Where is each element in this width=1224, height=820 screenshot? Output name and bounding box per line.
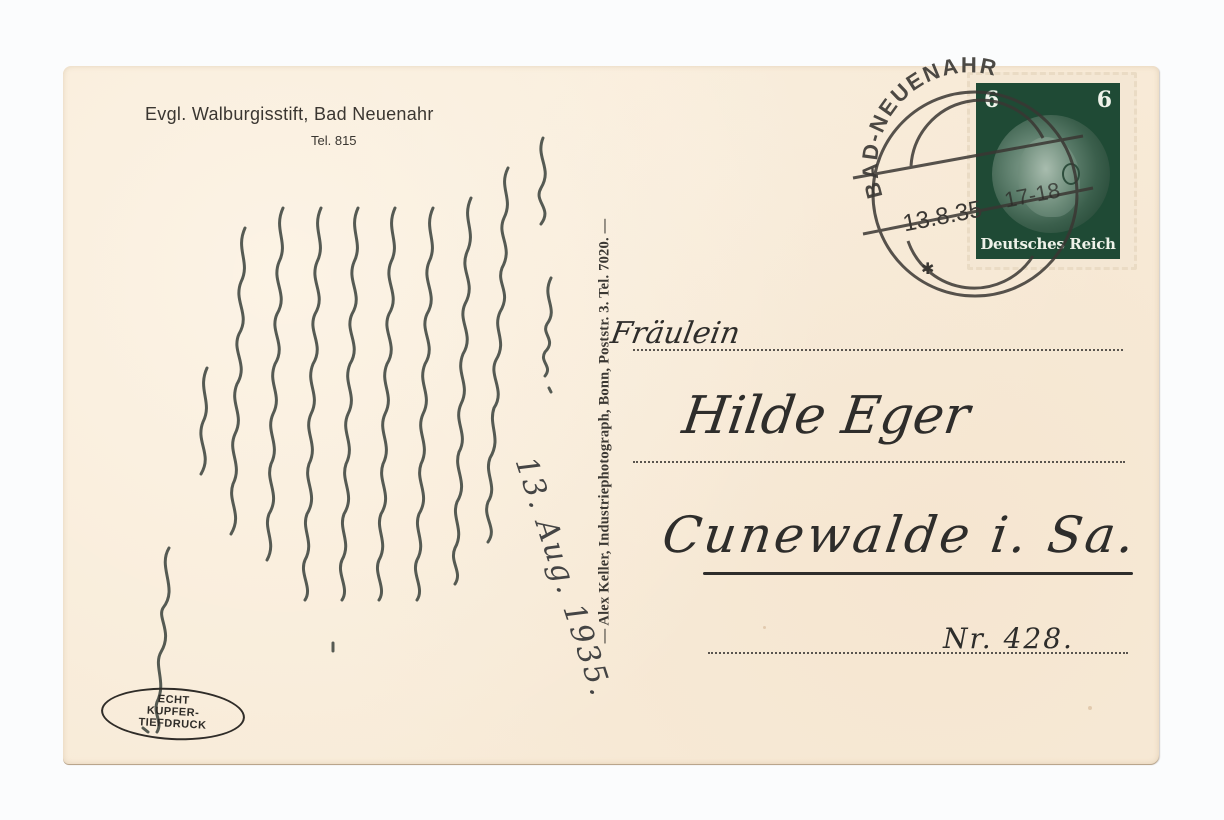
portrait-ear: [1062, 163, 1080, 185]
header-title: Evgl. Walburgisstift, Bad Neuenahr: [145, 104, 434, 125]
postmark-star-icon: ✱: [921, 259, 934, 278]
portrait-medallion-icon: [992, 115, 1110, 233]
handwritten-message: [103, 128, 573, 748]
address-salutation: Fräulein: [608, 316, 743, 351]
address-name: Hilde Eger: [679, 386, 974, 446]
stamp-value-left: 6: [984, 87, 999, 113]
stamp-value-right: 6: [1097, 87, 1112, 113]
address-city: Cunewalde i. Sa.: [659, 506, 1141, 564]
postcard: Evgl. Walburgisstift, Bad Neuenahr Tel. …: [63, 66, 1159, 764]
stain: [1088, 706, 1092, 710]
stain: [763, 626, 766, 629]
address-line-2: [633, 461, 1125, 463]
postage-stamp: 6 6 Deutsches Reich: [967, 72, 1137, 270]
publisher-imprint: — Alex Keller, Industriephotograph, Bonn…: [597, 219, 614, 644]
address-city-underline: [703, 572, 1133, 575]
written-date: 13. Aug. 1935.: [533, 452, 593, 702]
address-house-number: Nr. 428.: [943, 622, 1074, 655]
stamp-country: Deutsches Reich: [976, 235, 1120, 253]
stamp-face: 6 6 Deutsches Reich: [976, 83, 1120, 259]
